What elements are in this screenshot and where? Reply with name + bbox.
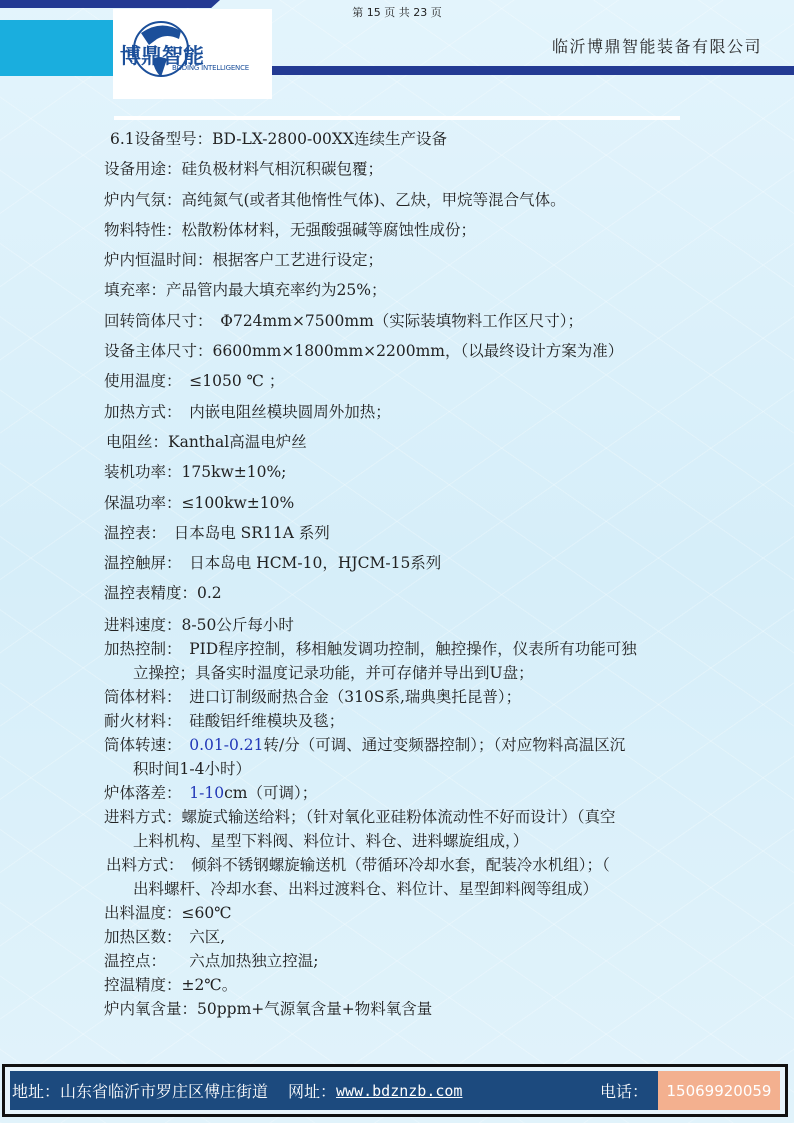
spec-feed-method: 进料方式：螺旋式输送给料；（针对氧化亚硅粉体流动性不好而设计）（真空	[104, 805, 764, 829]
spec-line: 设备用途：硅负极材料气相沉积碳包覆；	[104, 154, 764, 184]
spec-rotation: 筒体转速： 0.01-0.21转/分（可调、通过变频器控制）；（对应物料高温区沉	[104, 733, 764, 757]
spec-line: 加热方式： 内嵌电阻丝模块圆周外加热；	[104, 397, 764, 427]
logo-text-en: BODING INTELLIGENCE	[172, 64, 249, 72]
rotation-label: 筒体转速：	[104, 736, 189, 754]
spec-line: 炉内气氛：高纯氮气(或者其他惰性气体)、乙炔，甲烷等混合气体。	[104, 185, 764, 215]
spec-discharge-cont: 出料螺杆、冷却水套、出料过渡料仓、料位计、星型卸料阀等组成）	[104, 877, 764, 901]
spec-heating-zones: 加热区数： 六区,	[104, 925, 764, 949]
spec-line: 炉内恒温时间：根据客户工艺进行设定；	[104, 245, 764, 275]
drop-value: 1-10	[189, 784, 224, 802]
spec-oxygen: 炉内氧含量：50ppm+气源氧含量+物料氧含量	[104, 997, 764, 1021]
spec-line: 温控触屏： 日本岛电 HCM-10，HJCM-15系列	[104, 548, 764, 578]
company-name: 临沂博鼎智能装备有限公司	[552, 34, 762, 57]
spec-content: 6.1设备型号：BD-LX-2800-00XX连续生产设备 设备用途：硅负极材料…	[104, 124, 764, 1021]
spec-line: 温控表精度：0.2	[104, 578, 764, 608]
footer-website-link[interactable]: www.bdznzb.com	[336, 1082, 462, 1100]
footer-bar: 地址：山东省临沂市罗庄区傅庄街道 网址： www.bdznzb.com 电话： …	[10, 1071, 780, 1110]
spec-line: 装机功率：175kw±10%;	[104, 457, 764, 487]
spec-line: 温控表： 日本岛电 SR11A 系列	[104, 518, 764, 548]
spec-line: 使用温度： ≤1050 ℃ ；	[104, 366, 764, 396]
spec-discharge-temp: 出料温度：≤60℃	[104, 901, 764, 925]
spec-line: 电阻丝：Kanthal高温电炉丝	[104, 427, 764, 457]
footer-address: 地址：山东省临沂市罗庄区傅庄街道	[10, 1079, 268, 1102]
rotation-value: 0.01-0.21	[189, 736, 263, 754]
spec-title: 6.1设备型号：BD-LX-2800-00XX连续生产设备	[104, 124, 764, 154]
spec-control-accuracy: 控温精度：±2℃。	[104, 973, 764, 997]
spec-rotation-cont: 积时间1-4小时）	[104, 757, 764, 781]
footer: 地址：山东省临沂市罗庄区傅庄街道 网址： www.bdznzb.com 电话： …	[2, 1064, 788, 1117]
spec-control-points: 温控点： 六点加热独立控温;	[104, 949, 764, 973]
drop-rest: cm（可调）；	[224, 784, 317, 802]
spec-line: 物料特性：松散粉体材料，无强酸强碱等腐蚀性成份；	[104, 215, 764, 245]
header-blue-rule	[272, 66, 794, 75]
spec-line: 保温功率：≤100kw±10%	[104, 488, 764, 518]
drop-label: 炉体落差：	[104, 784, 189, 802]
spec-line: 回转筒体尺寸： Φ724mm×7500mm（实际装填物料工作区尺寸）；	[104, 306, 764, 336]
page-indicator: 第 15 页 共 23 页	[0, 4, 794, 20]
spec-heating-control: 加热控制： PID程序控制，移相触发调功控制，触控操作，仪表所有功能可独	[104, 637, 764, 661]
header-cyan-band	[0, 20, 116, 76]
header-divider	[114, 116, 680, 120]
spec-shell-material: 筒体材料： 进口订制级耐热合金（310S系,瑞典奥托昆普）；	[104, 685, 764, 709]
spec-discharge: 出料方式： 倾斜不锈钢螺旋输送机（带循环冷却水套，配装冷水机组）；（	[104, 853, 764, 877]
footer-phone: 15069920059	[658, 1071, 780, 1110]
rotation-rest: 转/分（可调、通过变频器控制）；（对应物料高温区沉	[264, 736, 626, 754]
spec-heating-control-cont: 立操控；具备实时温度记录功能，并可存储并导出到U盘；	[104, 661, 764, 685]
spec-feed-method-cont: 上料机构、星型下料阀、料位计、料仓、进料螺旋组成，）	[104, 829, 764, 853]
footer-website-label: 网址：	[288, 1079, 336, 1102]
spec-line: 填充率：产品管内最大填充率约为25%；	[104, 275, 764, 305]
spec-line: 设备主体尺寸：6600mm×1800mm×2200mm，（以最终设计方案为准）	[104, 336, 764, 366]
spec-feed-speed: 进料速度：8-50公斤每小时	[104, 613, 764, 637]
footer-phone-label: 电话：	[600, 1079, 648, 1102]
spec-drop: 炉体落差： 1-10cm（可调）；	[104, 781, 764, 805]
spec-refractory: 耐火材料： 硅酸铝纤维模块及毯；	[104, 709, 764, 733]
